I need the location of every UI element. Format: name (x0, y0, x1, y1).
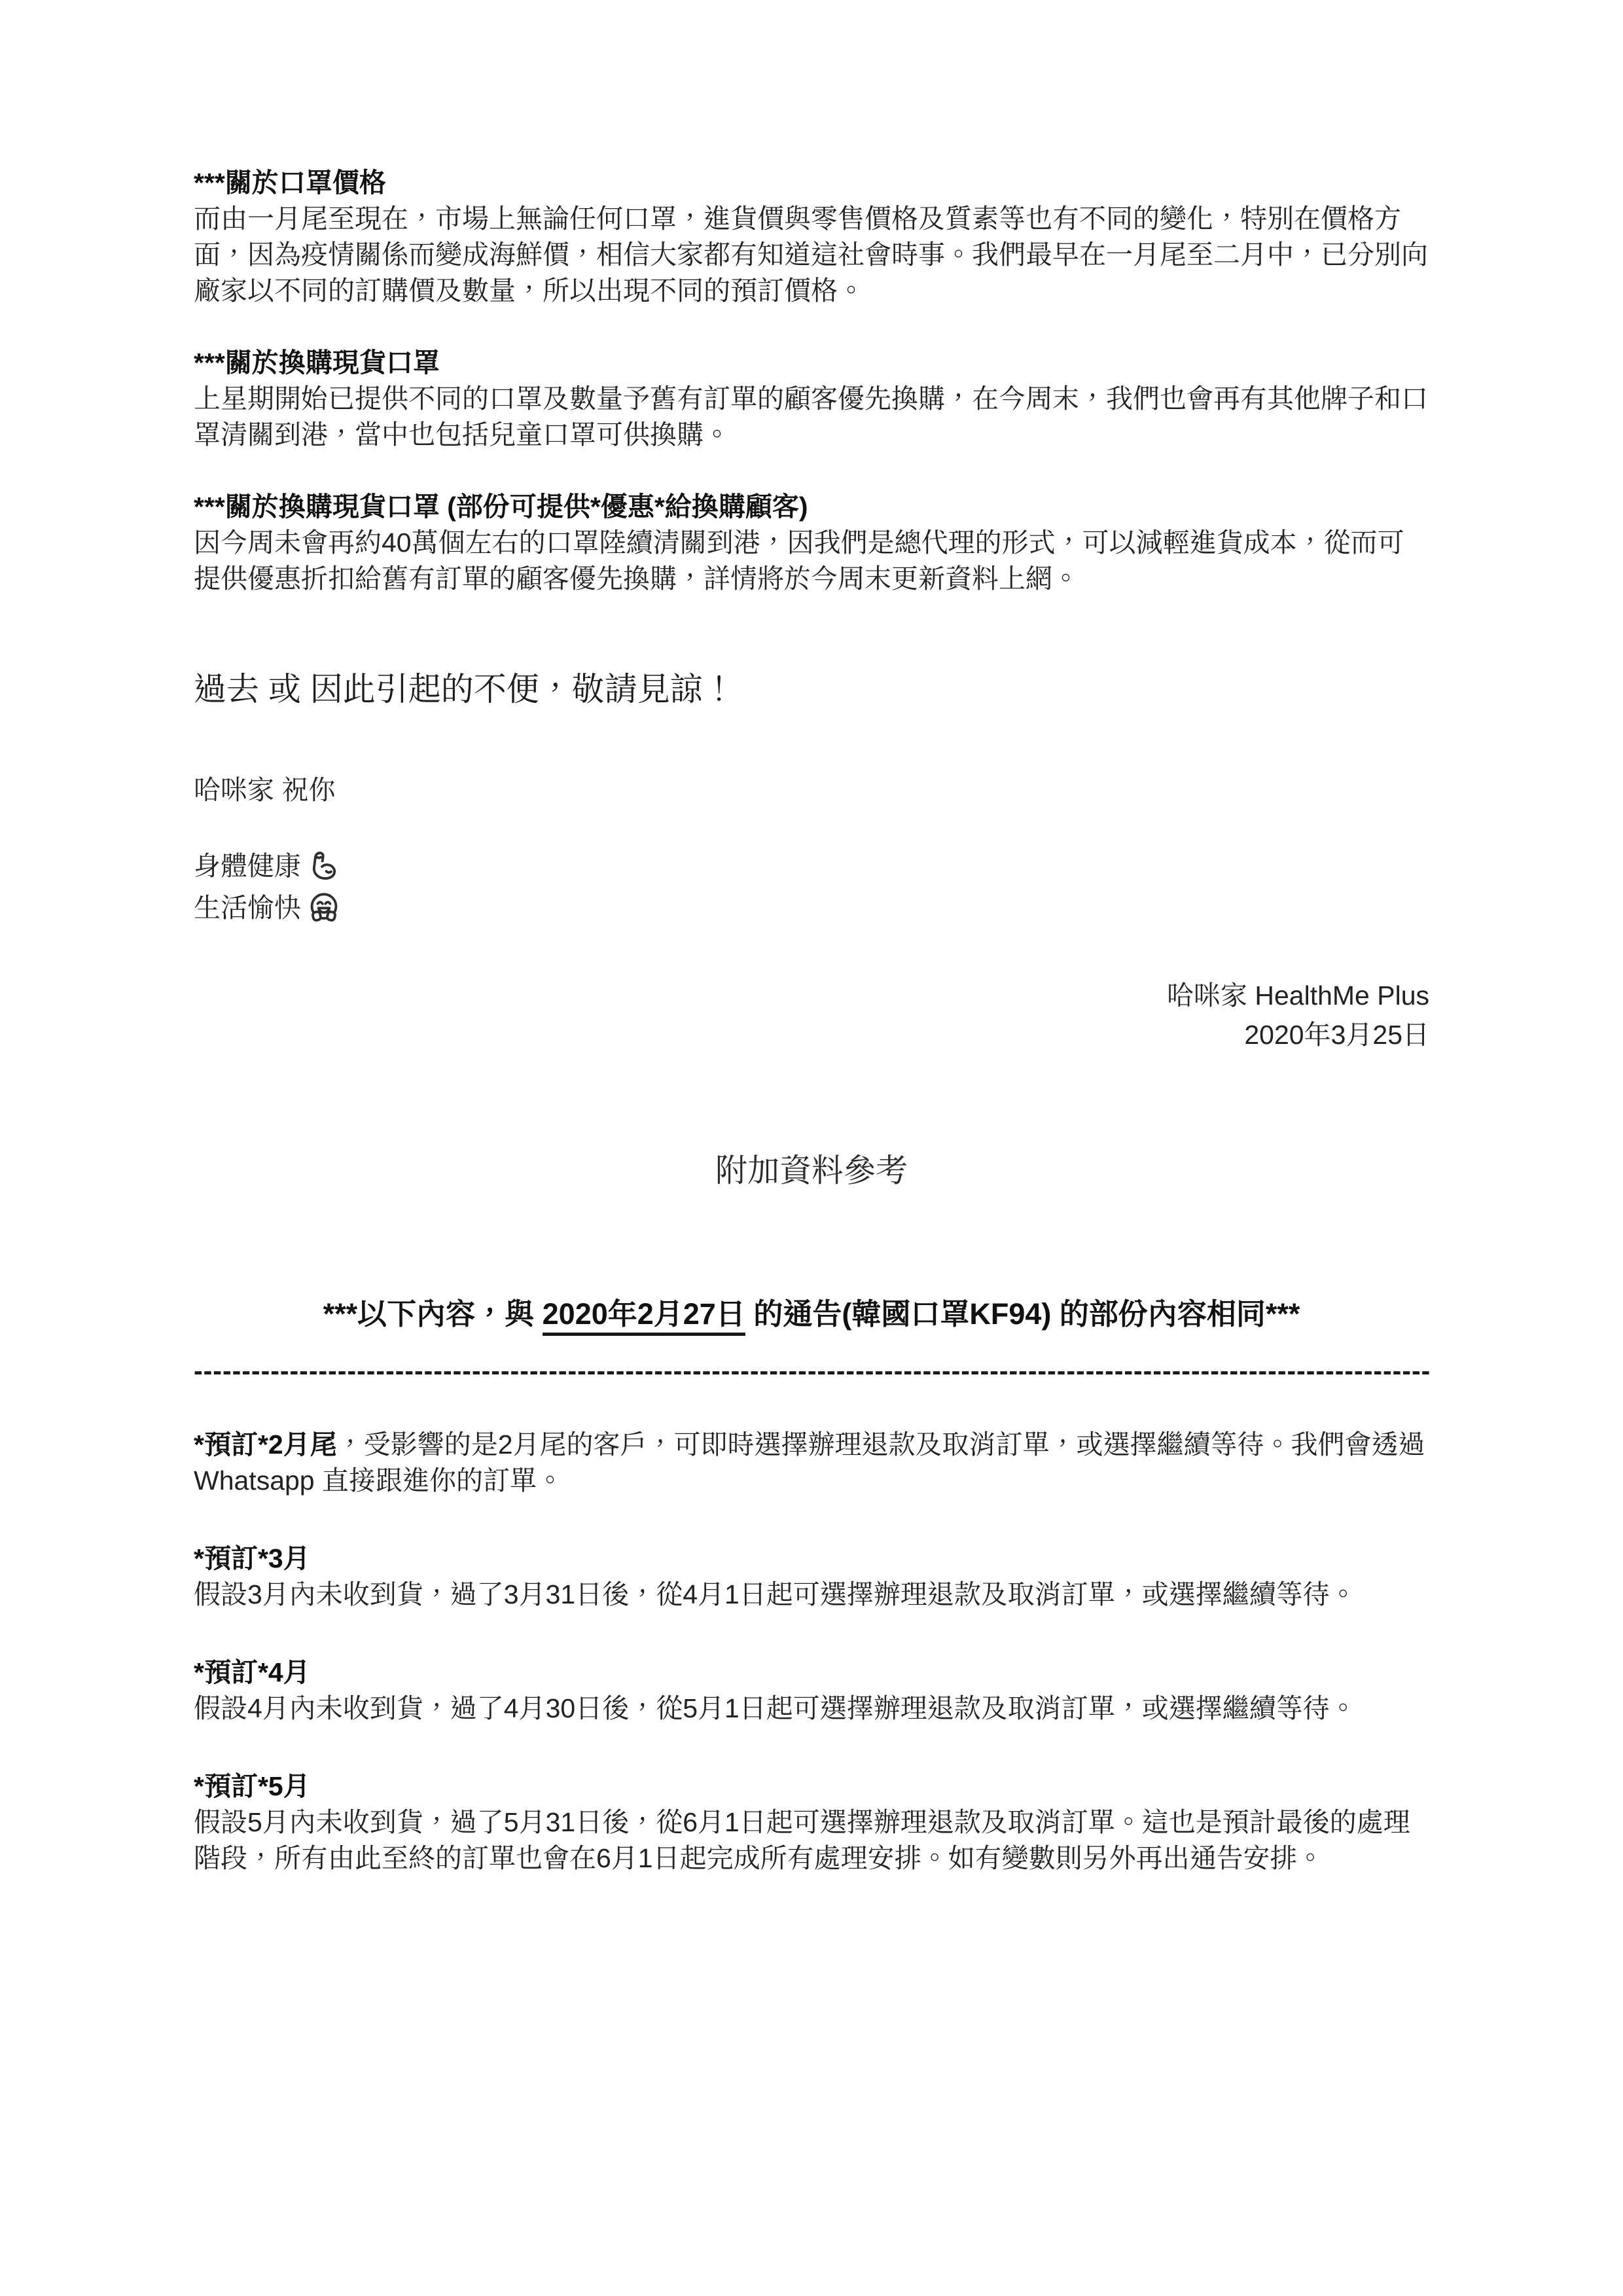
booking-apr: *預訂*4月 假設4月內未收到貨，過了4月30日後，從5月1日起可選擇辦理退款及… (194, 1655, 1429, 1727)
section-body: 而由一月尾至現在，市場上無論任何口罩，進貨價與零售價格及質素等也有不同的變化，特… (194, 201, 1429, 309)
wish-health-line: 身體健康 (194, 845, 1429, 887)
booking-mar: *預訂*3月 假設3月內未收到貨，過了3月31日後，從4月1日起可選擇辦理退款及… (194, 1541, 1429, 1613)
bookings-block: *預訂*2月尾，受影響的是2月尾的客戶，可即時選擇辦理退款及取消訂單，或選擇繼續… (194, 1427, 1429, 1876)
addendum-title: 附加資料參考 (194, 1151, 1429, 1191)
section-mask-price: ***關於口罩價格 而由一月尾至現在，市場上無論任何口罩，進貨價與零售價格及質素… (194, 165, 1429, 309)
wish-health-text: 身體健康 (194, 848, 301, 884)
signature-date: 2020年3月25日 (194, 1015, 1429, 1054)
section-exchange-discount: ***關於換購現貨口罩 (部份可提供*優惠*給換購顧客) 因今周未會再約40萬個… (194, 489, 1429, 597)
signature-block: 哈咪家 HealthMe Plus 2020年3月25日 (194, 976, 1429, 1054)
document-page: ***關於口罩價格 而由一月尾至現在，市場上無論任何口罩，進貨價與零售價格及質素… (0, 0, 1623, 2296)
signature-name: 哈咪家 HealthMe Plus (194, 976, 1429, 1015)
notice-date-underlined: 2020年2月27日 (543, 1298, 745, 1336)
dashed-divider: ----------------------------------------… (194, 1353, 1429, 1389)
wish-happy-line: 生活愉快 (194, 887, 1429, 929)
notice-prefix: ***以下內容，與 (323, 1297, 543, 1331)
flexed-biceps-icon (306, 848, 342, 884)
section-heading: ***關於換購現貨口罩 (194, 345, 1429, 381)
section-heading: ***關於口罩價格 (194, 165, 1429, 201)
booking-body: 假設4月內未收到貨，過了4月30日後，從5月1日起可選擇辦理退款及取消訂單，或選… (194, 1691, 1429, 1727)
section-exchange-stock: ***關於換購現貨口罩 上星期開始已提供不同的口罩及數量予舊有訂單的顧客優先換購… (194, 345, 1429, 453)
apology-line: 過去 或 因此引起的不便，敬請見諒！ (194, 669, 1429, 709)
section-body: 因今周未會再約40萬個左右的口罩陸續清關到港，因我們是總代理的形式，可以減輕進貨… (194, 525, 1429, 597)
booking-body: ，受影響的是2月尾的客戶，可即時選擇辦理退款及取消訂單，或選擇繼續等待。我們會透… (194, 1429, 1425, 1496)
booking-heading: *預訂*5月 (194, 1768, 1429, 1804)
section-heading: ***關於換購現貨口罩 (部份可提供*優惠*給換購顧客) (194, 489, 1429, 525)
booking-paragraph: *預訂*2月尾，受影響的是2月尾的客戶，可即時選擇辦理退款及取消訂單，或選擇繼續… (194, 1427, 1429, 1499)
booking-heading-inline: *預訂*2月尾 (194, 1429, 337, 1460)
wish-happy-text: 生活愉快 (194, 890, 301, 926)
booking-feb: *預訂*2月尾，受影響的是2月尾的客戶，可即時選擇辦理退款及取消訂單，或選擇繼續… (194, 1427, 1429, 1499)
booking-may: *預訂*5月 假設5月內未收到貨，過了5月31日後，從6月1日起可選擇辦理退款及… (194, 1768, 1429, 1876)
regards-line: 哈咪家 祝你 (194, 772, 1429, 808)
notice-suffix: 的通告(韓國口罩KF94) 的部份內容相同*** (745, 1297, 1300, 1331)
booking-body: 假設5月內未收到貨，過了5月31日後，從6月1日起可選擇辦理退款及取消訂單。這也… (194, 1804, 1429, 1876)
booking-heading: *預訂*3月 (194, 1541, 1429, 1577)
booking-heading: *預訂*4月 (194, 1655, 1429, 1691)
hugging-face-icon (306, 890, 342, 925)
notice-line: ***以下內容，與 2020年2月27日 的通告(韓國口罩KF94) 的部份內容… (194, 1295, 1429, 1336)
booking-body: 假設3月內未收到貨，過了3月31日後，從4月1日起可選擇辦理退款及取消訂單，或選… (194, 1577, 1429, 1613)
wishes-block: 身體健康 生活愉快 (194, 845, 1429, 929)
section-body: 上星期開始已提供不同的口罩及數量予舊有訂單的顧客優先換購，在今周末，我們也會再有… (194, 381, 1429, 453)
